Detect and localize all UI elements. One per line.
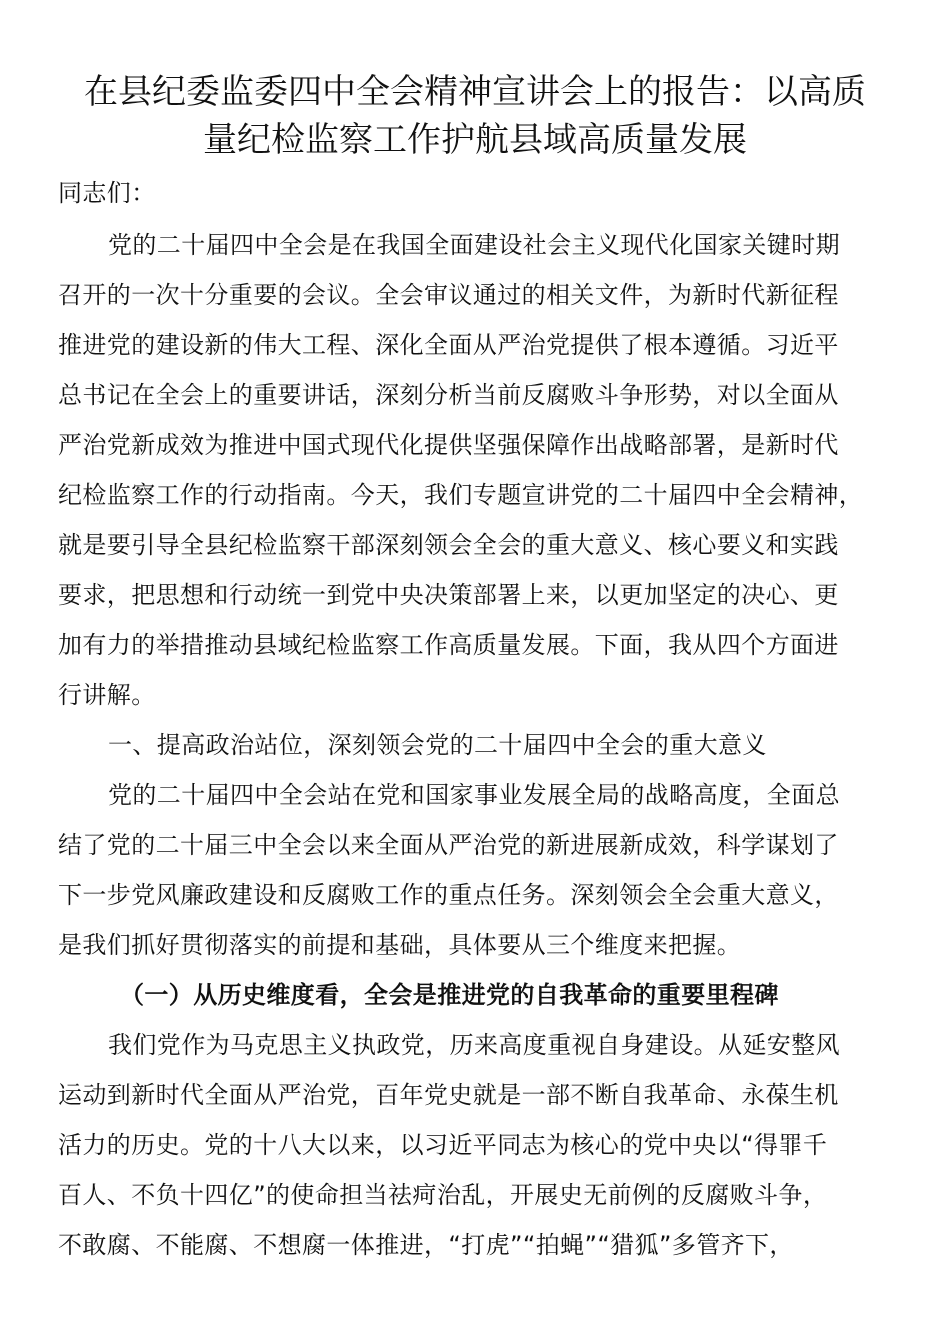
paragraph-line: 总书记在全会上的重要讲话，深刻分析当前反腐败斗争形势，对以全面从 xyxy=(58,380,839,410)
paragraph-line: 行讲解。 xyxy=(58,680,156,710)
paragraph-line: 是我们抓好贯彻落实的前提和基础，具体要从三个维度来把握。 xyxy=(58,930,741,960)
paragraph-line: 要求，把思想和行动统一到党中央决策部署上来，以更加坚定的决心、更 xyxy=(58,580,839,610)
document-page: 在县纪委监委四中全会精神宣讲会上的报告：以高质 量纪检监察工作护航县域高质量发展… xyxy=(0,0,950,1344)
paragraph-line: 加有力的举措推动县域纪检监察工作高质量发展。下面，我从四个方面进 xyxy=(58,630,839,660)
paragraph-line: 不敢腐、不能腐、不想腐一体推进，“打虎”“拍蝇”“猎狐”多管齐下， xyxy=(58,1230,794,1260)
paragraph-line: 党的二十届四中全会是在我国全面建设社会主义现代化国家关键时期 xyxy=(108,230,840,260)
document-title-line-2: 量纪检监察工作护航县域高质量发展 xyxy=(0,116,950,164)
paragraph-line: 纪检监察工作的行动指南。今天，我们专题宣讲党的二十届四中全会精神， xyxy=(58,480,863,510)
paragraph-line: 运动到新时代全面从严治党，百年党史就是一部不断自我革命、永葆生机 xyxy=(58,1080,839,1110)
salutation: 同志们： xyxy=(58,178,156,208)
paragraph-line: 召开的一次十分重要的会议。全会审议通过的相关文件，为新时代新征程 xyxy=(58,280,839,310)
paragraph-line: 结了党的二十届三中全会以来全面从严治党的新进展新成效，科学谋划了 xyxy=(58,830,839,860)
subsection-heading-1: （一）从历史维度看，全会是推进党的自我革命的重要里程碑 xyxy=(120,980,779,1010)
document-title-line-1: 在县纪委监委四中全会精神宣讲会上的报告：以高质 xyxy=(0,68,950,116)
section-heading-1: 一、提高政治站位，深刻领会党的二十届四中全会的重大意义 xyxy=(108,730,767,760)
paragraph-line: 我们党作为马克思主义执政党，历来高度重视自身建设。从延安整风 xyxy=(108,1030,840,1060)
paragraph-line: 下一步党风廉政建设和反腐败工作的重点任务。深刻领会全会重大意义， xyxy=(58,880,839,910)
paragraph-line: 党的二十届四中全会站在党和国家事业发展全局的战略高度，全面总 xyxy=(108,780,840,810)
paragraph-line: 严治党新成效为推进中国式现代化提供坚强保障作出战略部署，是新时代 xyxy=(58,430,839,460)
paragraph-line: 活力的历史。党的十八大以来，以习近平同志为核心的党中央以“得罪千 xyxy=(58,1130,827,1160)
paragraph-line: 百人、不负十四亿”的使命担当祛疴治乱，开展史无前例的反腐败斗争， xyxy=(58,1180,827,1210)
paragraph-line: 就是要引导全县纪检监察干部深刻领会全会的重大意义、核心要义和实践 xyxy=(58,530,839,560)
paragraph-line: 推进党的建设新的伟大工程、深化全面从严治党提供了根本遵循。习近平 xyxy=(58,330,839,360)
